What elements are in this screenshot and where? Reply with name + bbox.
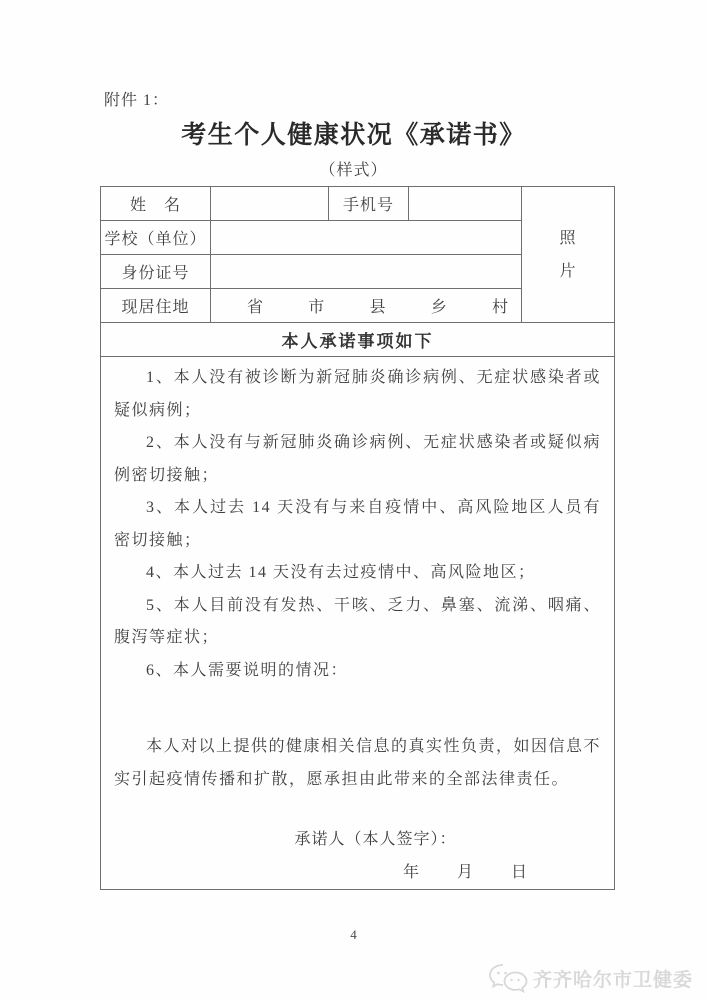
photo-placeholder-cell[interactable]: 照 片	[522, 187, 615, 323]
page-title: 考生个人健康状况《承诺书》	[0, 115, 707, 151]
declaration-paragraph: 本人对以上提供的健康相关信息的真实性负责，如因信息不实引起疫情传播和扩散，愿承担…	[114, 731, 601, 796]
table-row: 本人承诺事项如下	[101, 323, 615, 357]
residence-unit-township: 乡	[431, 294, 448, 317]
residence-unit-county: 县	[369, 294, 386, 317]
school-label: 学校（单位）	[101, 221, 211, 255]
watermark-text: 齐齐哈尔市卫健委	[533, 965, 693, 992]
signature-label: 承诺人（本人签字）：	[114, 824, 601, 857]
photo-label-line1: 照	[522, 222, 614, 255]
residence-unit-village: 村	[492, 294, 509, 317]
wechat-icon	[488, 963, 528, 993]
section-header: 本人承诺事项如下	[101, 323, 615, 357]
commitment-item-5: 5、本人目前没有发热、干咳、乏力、鼻塞、流涕、咽痛、腹泻等症状；	[114, 590, 601, 655]
commitment-content-cell: 1、本人没有被诊断为新冠肺炎确诊病例、无症状感染者或疑似病例； 2、本人没有与新…	[101, 357, 615, 890]
residence-label: 现居住地	[101, 289, 211, 323]
id-number-label: 身份证号	[101, 255, 211, 289]
school-input-cell[interactable]	[211, 221, 522, 255]
phone-input-cell[interactable]	[409, 187, 522, 221]
publisher-watermark: 齐齐哈尔市卫健委	[488, 963, 693, 993]
name-label: 姓 名	[101, 187, 211, 221]
commitment-item-2: 2、本人没有与新冠肺炎确诊病例、无症状感染者或疑似病例密切接触；	[114, 427, 601, 492]
residence-unit-province: 省	[247, 294, 264, 317]
id-number-input-cell[interactable]	[211, 255, 522, 289]
table-row: 姓 名 手机号 照 片	[101, 187, 615, 221]
date-line: 年 月 日	[114, 857, 601, 890]
commitment-item-6: 6、本人需要说明的情况：	[114, 655, 601, 688]
commitment-item-4: 4、本人过去 14 天没有去过疫情中、高风险地区；	[114, 557, 601, 590]
attachment-label: 附件 1：	[104, 87, 169, 110]
health-commitment-form-table: 姓 名 手机号 照 片 学校（单位） 身份证号 现居住地 省 市 县	[100, 186, 615, 890]
residence-units: 省 市 县 乡 村	[211, 294, 521, 317]
photo-label-line2: 片	[522, 255, 614, 288]
commitment-item-1: 1、本人没有被诊断为新冠肺炎确诊病例、无症状感染者或疑似病例；	[114, 362, 601, 427]
residence-input-cell[interactable]: 省 市 县 乡 村	[211, 289, 522, 323]
table-row: 1、本人没有被诊断为新冠肺炎确诊病例、无症状感染者或疑似病例； 2、本人没有与新…	[101, 357, 615, 890]
phone-label: 手机号	[329, 187, 409, 221]
commitment-item-3: 3、本人过去 14 天没有与来自疫情中、高风险地区人员有密切接触；	[114, 492, 601, 557]
document-page: 附件 1： 考生个人健康状况《承诺书》 （样式） 姓 名 手机号 照 片 学校（…	[0, 0, 707, 1000]
page-number: 4	[0, 927, 707, 943]
residence-unit-city: 市	[308, 294, 325, 317]
name-input-cell[interactable]	[211, 187, 329, 221]
page-subtitle: （样式）	[0, 157, 707, 180]
